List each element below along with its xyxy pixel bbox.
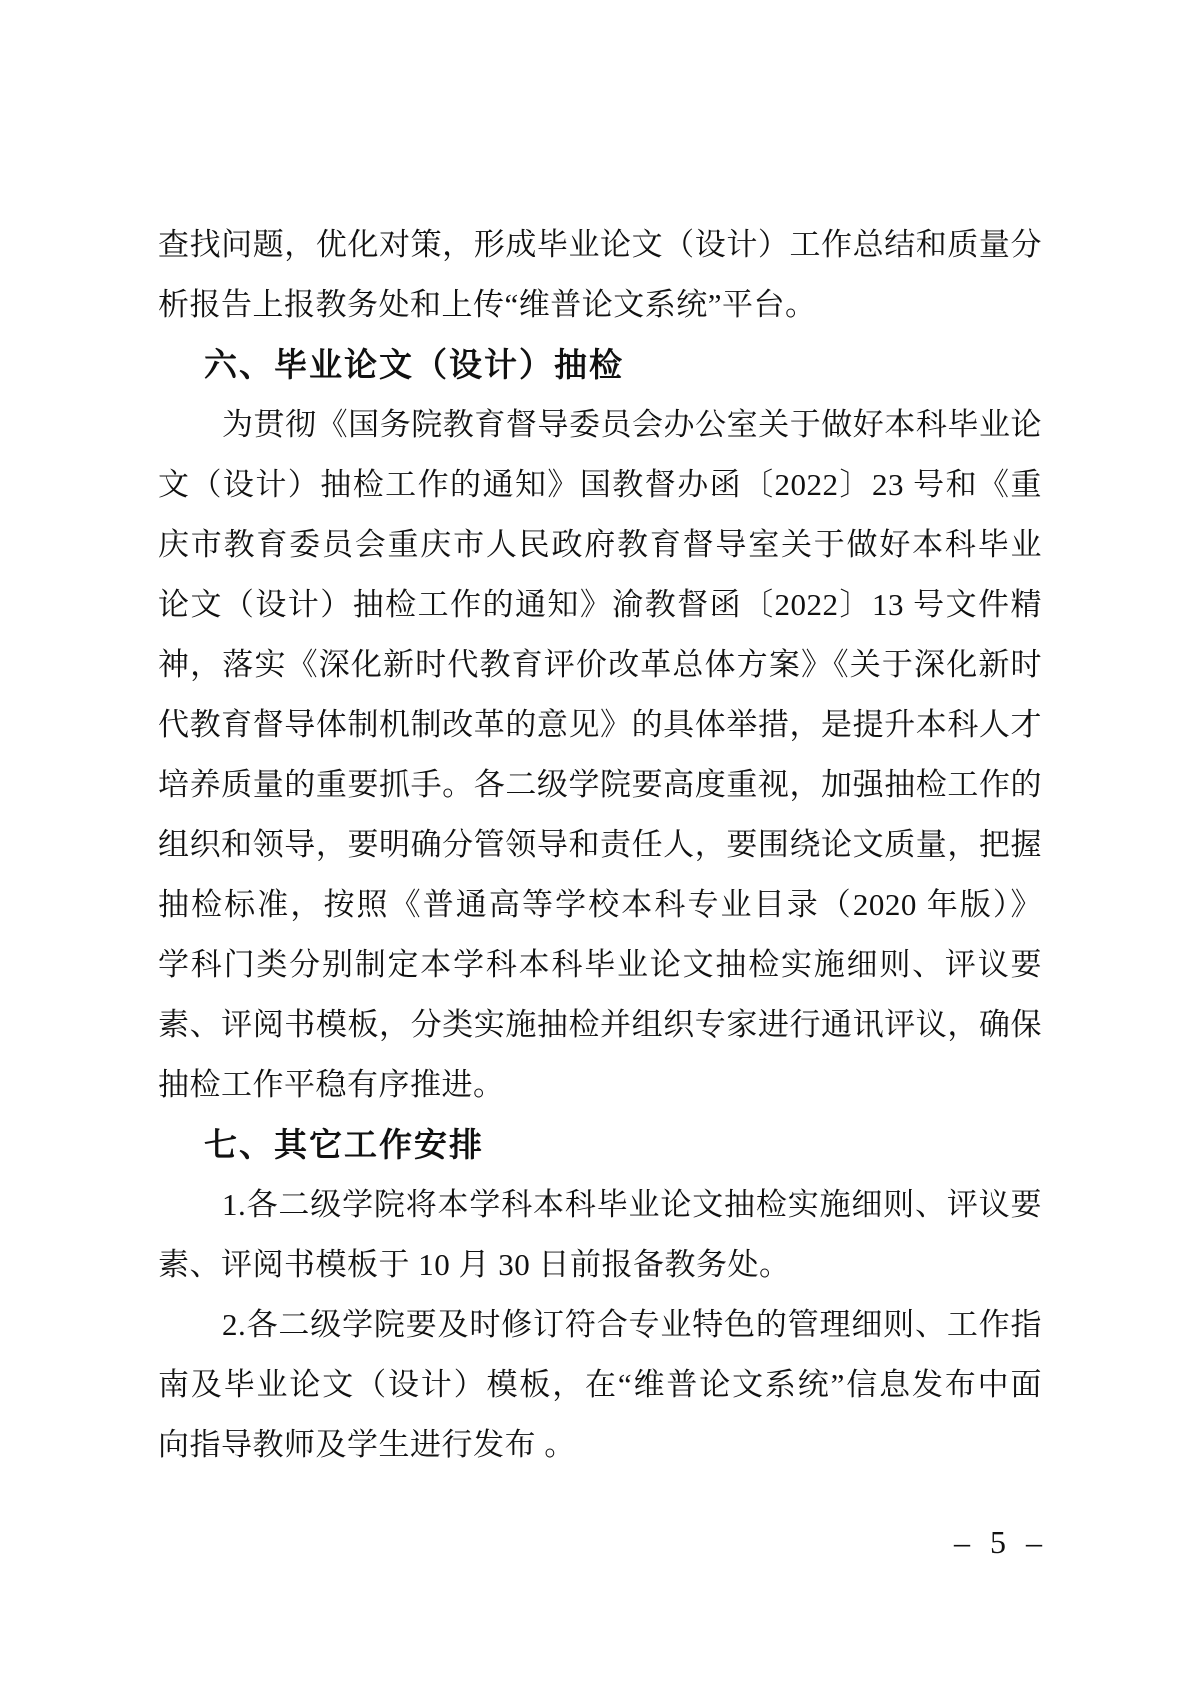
page-number: – 5 –	[158, 1524, 1048, 1560]
body-text-line: 论文（设计）抽检工作的通知》渝教督函〔2022〕13 号文件精	[158, 575, 1042, 635]
section-heading: 六、毕业论文（设计）抽检	[158, 335, 1042, 395]
body-text-line: 代教育督导体制机制改革的意见》的具体举措，是提升本科人才	[158, 695, 1042, 755]
body-text-line: 2.各二级学院要及时修订符合专业特色的管理细则、工作指	[158, 1295, 1042, 1355]
document-page: 查找问题，优化对策，形成毕业论文（设计）工作总结和质量分析报告上报教务处和上传“…	[0, 0, 1191, 1684]
body-text-line: 培养质量的重要抓手。各二级学院要高度重视，加强抽检工作的	[158, 755, 1042, 815]
body-text-line: 1.各二级学院将本学科本科毕业论文抽检实施细则、评议要	[158, 1175, 1042, 1235]
body-text-line: 查找问题，优化对策，形成毕业论文（设计）工作总结和质量分	[158, 215, 1042, 275]
body-text-line: 析报告上报教务处和上传“维普论文系统”平台。	[158, 275, 1042, 335]
body-text-line: 庆市教育委员会重庆市人民政府教育督导室关于做好本科毕业	[158, 515, 1042, 575]
body-text-line: 文（设计）抽检工作的通知》国教督办函〔2022〕23 号和《重	[158, 455, 1042, 515]
body-text-line: 抽检工作平稳有序推进。	[158, 1055, 1042, 1115]
body-text-line: 神，落实《深化新时代教育评价改革总体方案》《关于深化新时	[158, 635, 1042, 695]
section-heading: 七、其它工作安排	[158, 1115, 1042, 1175]
document-body: 查找问题，优化对策，形成毕业论文（设计）工作总结和质量分析报告上报教务处和上传“…	[158, 215, 1042, 1475]
body-text-line: 抽检标准，按照《普通高等学校本科专业目录（2020 年版）》	[158, 875, 1042, 935]
body-text-line: 素、评阅书模板，分类实施抽检并组织专家进行通讯评议，确保	[158, 995, 1042, 1055]
body-text-line: 南及毕业论文（设计）模板，在“维普论文系统”信息发布中面	[158, 1355, 1042, 1415]
body-text-line: 素、评阅书模板于 10 月 30 日前报备教务处。	[158, 1235, 1042, 1295]
body-text-line: 为贯彻《国务院教育督导委员会办公室关于做好本科毕业论	[158, 395, 1042, 455]
body-text-line: 组织和领导，要明确分管领导和责任人，要围绕论文质量，把握	[158, 815, 1042, 875]
body-text-line: 学科门类分别制定本学科本科毕业论文抽检实施细则、评议要	[158, 935, 1042, 995]
body-text-line: 向指导教师及学生进行发布 。	[158, 1415, 1042, 1475]
